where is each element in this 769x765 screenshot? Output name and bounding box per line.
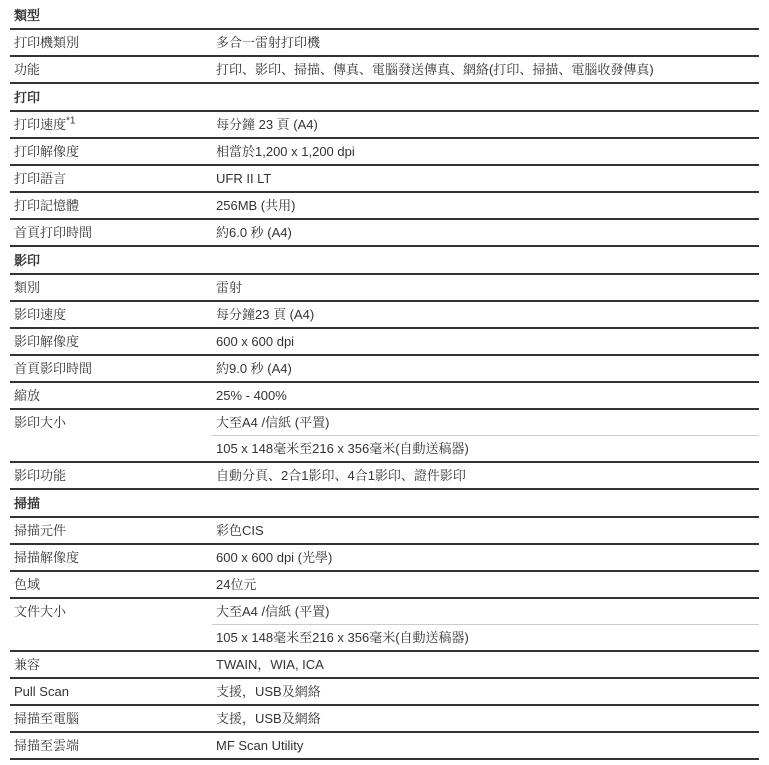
spec-row: 打印語言UFR II LT — [10, 166, 759, 193]
row-value: TWAIN，WIA, ICA — [212, 652, 759, 677]
spec-row: 打印記憶體256MB (共用) — [10, 193, 759, 220]
row-value: 每分鐘 23 頁 (A4) — [212, 112, 759, 137]
row-label: 掃描解像度 — [10, 545, 212, 570]
spec-row: 影印解像度600 x 600 dpi — [10, 329, 759, 356]
row-value-cell: 24位元 — [212, 572, 759, 597]
row-label: 影印大小 — [10, 410, 212, 461]
section-header: 掃描 — [10, 490, 759, 518]
section-header: 打印 — [10, 84, 759, 112]
row-value: 256MB (共用) — [212, 193, 759, 218]
spec-row: 文件大小大至A4 /信紙 (平置)105 x 148毫米至216 x 356毫米… — [10, 599, 759, 652]
spec-row: 掃描解像度600 x 600 dpi (光學) — [10, 545, 759, 572]
spec-table: 類型打印機類別多合一雷射打印機功能打印、影印、掃描、傳真、電腦發送傳真、網絡(打… — [10, 2, 759, 760]
row-value: 彩色CIS — [212, 518, 759, 543]
row-label: 色域 — [10, 572, 212, 597]
row-value: 相當於1,200 x 1,200 dpi — [212, 139, 759, 164]
row-label: 文件大小 — [10, 599, 212, 650]
row-label: 縮放 — [10, 383, 212, 408]
row-value-cell: 彩色CIS — [212, 518, 759, 543]
row-value: 24位元 — [212, 572, 759, 597]
spec-row: 掃描至雲端MF Scan Utility — [10, 733, 759, 760]
spec-row: 首頁打印時間約6.0 秒 (A4) — [10, 220, 759, 247]
spec-row: 打印機類別多合一雷射打印機 — [10, 30, 759, 57]
row-value-cell: 自動分頁、2合1影印、4合1影印、證件影印 — [212, 463, 759, 488]
row-value-cell: 600 x 600 dpi — [212, 329, 759, 354]
spec-row: 影印功能自動分頁、2合1影印、4合1影印、證件影印 — [10, 463, 759, 490]
row-label: 打印語言 — [10, 166, 212, 191]
row-value-cell: TWAIN，WIA, ICA — [212, 652, 759, 677]
spec-row: 影印速度每分鐘23 頁 (A4) — [10, 302, 759, 329]
row-value: 支援，USB及網絡 — [212, 679, 759, 704]
row-value: 600 x 600 dpi — [212, 329, 759, 354]
row-value: 25% - 400% — [212, 383, 759, 408]
row-value-cell: MF Scan Utility — [212, 733, 759, 758]
row-value: 雷射 — [212, 275, 759, 300]
row-value: 600 x 600 dpi (光學) — [212, 545, 759, 570]
row-label: 打印記憶體 — [10, 193, 212, 218]
row-value: 大至A4 /信紙 (平置) — [212, 599, 759, 624]
spec-row: 兼容TWAIN，WIA, ICA — [10, 652, 759, 679]
row-value-cell: 每分鐘23 頁 (A4) — [212, 302, 759, 327]
row-value-cell: 相當於1,200 x 1,200 dpi — [212, 139, 759, 164]
row-label: 類別 — [10, 275, 212, 300]
spec-row: 打印解像度相當於1,200 x 1,200 dpi — [10, 139, 759, 166]
row-label: 掃描至雲端 — [10, 733, 212, 758]
row-value-cell: UFR II LT — [212, 166, 759, 191]
row-value: 105 x 148毫米至216 x 356毫米(自動送稿器) — [212, 624, 759, 650]
spec-row: Pull Scan支援，USB及網絡 — [10, 679, 759, 706]
row-label: 打印機類別 — [10, 30, 212, 55]
row-value: UFR II LT — [212, 166, 759, 191]
row-value: 支援，USB及網絡 — [212, 706, 759, 731]
row-value-cell: 約6.0 秒 (A4) — [212, 220, 759, 245]
row-value: MF Scan Utility — [212, 733, 759, 758]
row-value: 105 x 148毫米至216 x 356毫米(自動送稿器) — [212, 435, 759, 461]
spec-row: 類別雷射 — [10, 275, 759, 302]
row-label: 首頁影印時間 — [10, 356, 212, 381]
row-label: 打印解像度 — [10, 139, 212, 164]
row-value-cell: 每分鐘 23 頁 (A4) — [212, 112, 759, 137]
row-label: 兼容 — [10, 652, 212, 677]
row-label: 掃描至電腦 — [10, 706, 212, 731]
row-value-cell: 600 x 600 dpi (光學) — [212, 545, 759, 570]
spec-row: 影印大小大至A4 /信紙 (平置)105 x 148毫米至216 x 356毫米… — [10, 410, 759, 463]
row-label: 掃描元件 — [10, 518, 212, 543]
row-value-cell: 支援，USB及網絡 — [212, 679, 759, 704]
section-header: 影印 — [10, 247, 759, 275]
row-value: 多合一雷射打印機 — [212, 30, 759, 55]
row-value: 約6.0 秒 (A4) — [212, 220, 759, 245]
row-value-cell: 多合一雷射打印機 — [212, 30, 759, 55]
spec-row: 功能打印、影印、掃描、傳真、電腦發送傳真、網絡(打印、掃描、電腦收發傳真) — [10, 57, 759, 84]
row-value: 打印、影印、掃描、傳真、電腦發送傳真、網絡(打印、掃描、電腦收發傳真) — [212, 57, 759, 82]
row-label: Pull Scan — [10, 679, 212, 704]
spec-row: 掃描元件彩色CIS — [10, 518, 759, 545]
spec-row: 首頁影印時間約9.0 秒 (A4) — [10, 356, 759, 383]
row-value-cell: 大至A4 /信紙 (平置)105 x 148毫米至216 x 356毫米(自動送… — [212, 410, 759, 461]
row-value-cell: 支援，USB及網絡 — [212, 706, 759, 731]
row-value: 大至A4 /信紙 (平置) — [212, 410, 759, 435]
row-value-cell: 256MB (共用) — [212, 193, 759, 218]
row-label: 功能 — [10, 57, 212, 82]
row-value-cell: 打印、影印、掃描、傳真、電腦發送傳真、網絡(打印、掃描、電腦收發傳真) — [212, 57, 759, 82]
row-label: 首頁打印時間 — [10, 220, 212, 245]
row-label: 影印速度 — [10, 302, 212, 327]
row-label-superscript: *1 — [66, 116, 75, 127]
row-value-cell: 25% - 400% — [212, 383, 759, 408]
row-value-cell: 大至A4 /信紙 (平置)105 x 148毫米至216 x 356毫米(自動送… — [212, 599, 759, 650]
row-value: 約9.0 秒 (A4) — [212, 356, 759, 381]
row-value: 自動分頁、2合1影印、4合1影印、證件影印 — [212, 463, 759, 488]
row-label: 影印解像度 — [10, 329, 212, 354]
spec-row: 打印速度*1每分鐘 23 頁 (A4) — [10, 112, 759, 139]
row-value: 每分鐘23 頁 (A4) — [212, 302, 759, 327]
row-label: 打印速度*1 — [10, 112, 212, 137]
row-value-cell: 雷射 — [212, 275, 759, 300]
row-value-cell: 約9.0 秒 (A4) — [212, 356, 759, 381]
spec-row: 色域24位元 — [10, 572, 759, 599]
row-label: 影印功能 — [10, 463, 212, 488]
section-header: 類型 — [10, 2, 759, 30]
spec-row: 掃描至電腦支援，USB及網絡 — [10, 706, 759, 733]
spec-row: 縮放25% - 400% — [10, 383, 759, 410]
